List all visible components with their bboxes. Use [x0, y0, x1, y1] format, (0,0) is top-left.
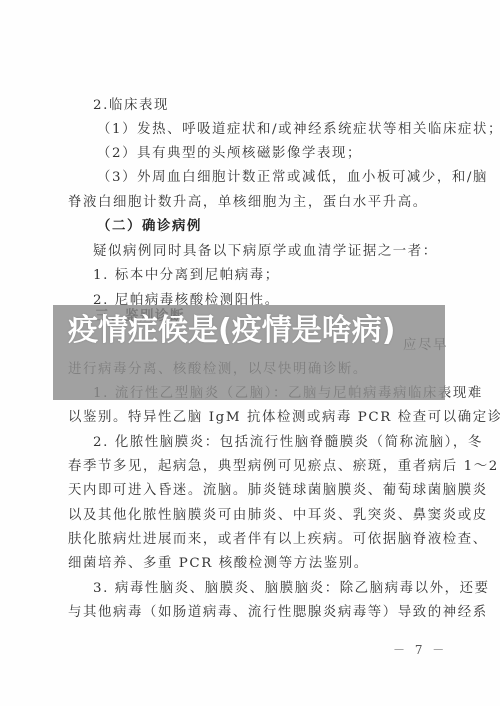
- clinical-item-1: （1）发热、呼吸道症状和/或神经系统症状等相关临床症状；: [97, 118, 500, 137]
- overlay-title: 疫情症候是(疫情是啥病): [68, 310, 408, 352]
- confirmed-intro: 疑似病例同时具备以下病原学或血清学证据之一者：: [93, 240, 438, 259]
- diff-3-line2: 与其他病毒（如肠道病毒、流行性腮腺炎病毒等）导致的神经系: [68, 601, 488, 620]
- page-number: － 7 －: [393, 641, 447, 658]
- diff-2-line5: 肤化脓病灶进展而来，或者伴有以上疾病。可依据脑脊液检查、: [68, 528, 488, 547]
- diff-2-line4: 以及其他化脓性脑膜炎可由肺炎、中耳炎、乳突炎、鼻窦炎或皮: [68, 504, 488, 523]
- confirmed-item-1: 1. 标本中分离到尼帕病毒；: [93, 264, 280, 283]
- clinical-item-2: （2）具有典型的头颅核磁影像学表现；: [97, 142, 362, 161]
- confirmed-heading: （二）确诊病例: [97, 215, 202, 234]
- clinical-item-3: （3）外周血白细胞计数正常或减低，血小板可减少，和/脑: [97, 166, 488, 185]
- diff-2-line1: 2. 化脓性脑膜炎：包括流行性脑脊髓膜炎（简称流脑），冬: [93, 431, 483, 450]
- diff-2-line3: 天内即可进入昏迷。流脑。肺炎链球菌脑膜炎、葡萄球菌脑膜炎: [68, 479, 488, 498]
- section-heading-clinical: 2.临床表现: [93, 94, 169, 113]
- diff-2-line6: 细菌培养、多重 PCR 核酸检测等方法鉴别。: [68, 552, 369, 571]
- clinical-item-3-cont: 脊液白细胞计数升高，单核细胞为主，蛋白水平升高。: [68, 191, 428, 210]
- diff-3-line1: 3. 病毒性脑炎、脑膜炎、脑膜脑炎：除乙脑病毒以外，还要: [93, 577, 490, 596]
- diff-1-line2: 以鉴别。特异性乙脑 IgM 抗体检测或病毒 PCR 检查可以确定诊断。: [68, 406, 500, 425]
- diff-2-line2: 春季节多见，起病急，典型病例可见瘀点、瘀斑，重者病后 1～2: [68, 455, 499, 474]
